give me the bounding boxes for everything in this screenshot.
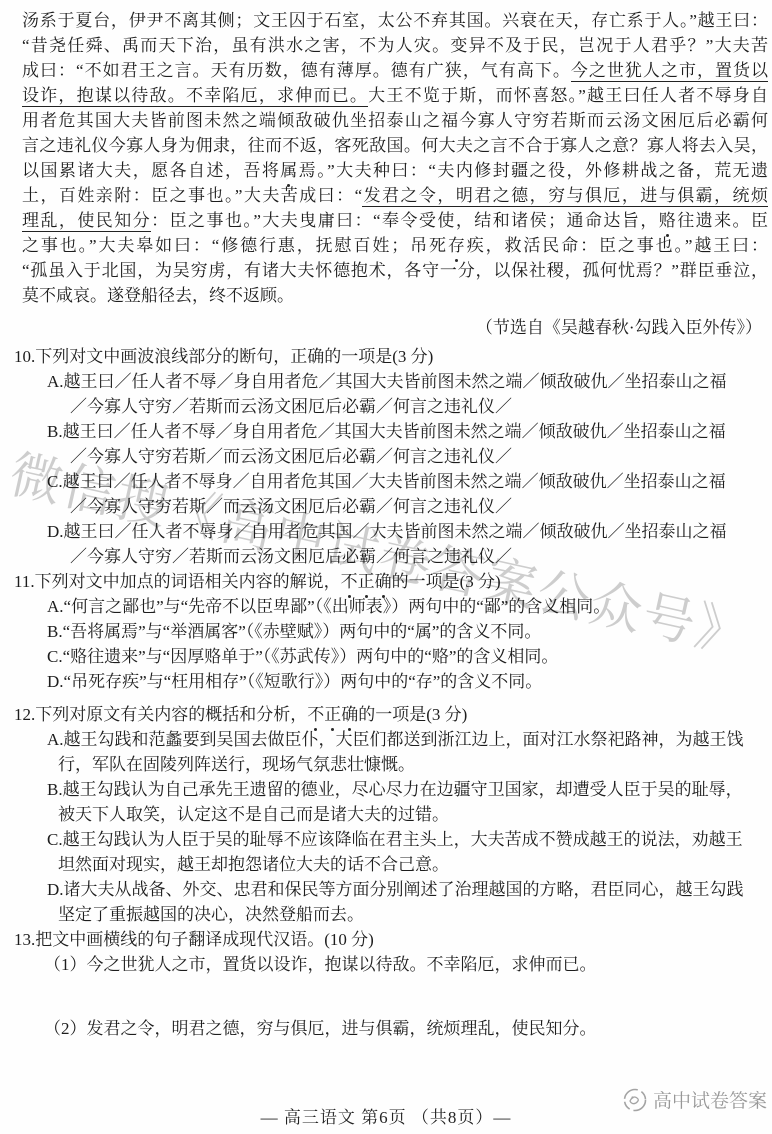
- passage-line: 汤系于夏台，伊尹不离其侧；文王囚于石室，太公不弃其国。兴衰在天，存亡系于人。”越…: [22, 8, 768, 33]
- plain-text: 用者危其国大夫皆前图未然之端倾敌破仇坐招泰山之福今寡人守穷若斯而云汤文困厄后必霸…: [22, 111, 768, 130]
- plain-text: 以国累诸大夫，愿各自述，吾将: [22, 161, 280, 180]
- q10-stem: 10.下列对文中画波浪线部分的断句，正确的一项是(3 分): [14, 344, 766, 369]
- plain-text: 的一项是(3 分): [358, 705, 467, 724]
- option-line: D.“吊死存疾”与“枉用相存”（《短歌行》）两句中的“存”的含义不同。: [47, 669, 766, 694]
- questions-section: 10.下列对文中画波浪线部分的断句，正确的一项是(3 分) A.越王曰／任人者不…: [14, 344, 766, 1041]
- q13-item-2: （2）发君之令，明君之德，穷与俱厄，进与俱霸，统烦理乱，使民知分。: [44, 1016, 766, 1041]
- option-line: A.越王曰／任人者不辱／身自用者危／其国大夫皆前图未然之端／倾敌破仇／坐招泰山之…: [47, 369, 766, 394]
- exam-page: 微信搜《高中试卷答案公众号》 汤系于夏台，伊尹不离其侧；文王囚于石室，太公不弃其…: [0, 0, 772, 1134]
- option: B.越王曰／任人者不辱／身自用者危／其国大夫皆前图未然之端／倾敌破仇／坐招泰山之…: [14, 419, 766, 469]
- dotted-char: 正: [358, 569, 375, 594]
- plain-text: “孤虽入于北国，为吴穷虏，有诸大夫怀德抱术，各守一分，以保社稷，孤何忧焉？”群臣…: [22, 261, 768, 280]
- plain-text: 莫不咸哀。遂登船径去，终不返顾。: [22, 286, 294, 305]
- option: B.越王勾践认为自己承先王遗留的德业，尽心尽力在边疆守卫国家，却遭受人臣于吴的耻…: [14, 777, 766, 827]
- brand-text: 高中试卷答案: [653, 1086, 767, 1113]
- passage-line: “孤虽入于北国，为吴穷虏，有诸大夫怀德抱术，各守一分，以保社稷，孤何忧焉？”群臣…: [22, 258, 768, 283]
- option-line: A.“何言之鄙也”与“先帝不以臣卑鄙”（《出师表》）两句中的“鄙”的含义相同。: [47, 594, 766, 619]
- brand-watermark: 高中试卷答案: [622, 1086, 767, 1113]
- passage-line: 莫不咸哀。遂登船径去，终不返顾。: [22, 283, 768, 308]
- plain-text: 土，百姓亲附：臣之事也。”大夫苦成曰：“: [22, 186, 362, 205]
- option: D.越王曰／任人者不辱身／自用者危其国／大夫皆前图未然之端／倾敌破仇／坐招泰山之…: [14, 519, 766, 569]
- q11-stem: 11.下列对文中加点的词语相关内容的解说，不正确的一项是(3 分): [14, 569, 766, 594]
- q13-item-1: （1）今之世犹人之市，置货以设诈，抱谋以待敌。不幸陷厄，求伸而已。: [44, 952, 766, 977]
- option-line: B.越王曰／任人者不辱／身自用者危／其国大夫皆前图未然之端／倾敌破仇／坐招泰山之…: [47, 419, 766, 444]
- underlined-text: 理乱，使民知分: [22, 211, 151, 232]
- option-line-continued: 坚定了重振越国的决心，决然登船而去。: [58, 902, 766, 927]
- option-line-continued: 被天下人取笑，认定这不是自己而是诸大夫的过错。: [58, 802, 766, 827]
- dotted-char: 赂: [659, 208, 676, 233]
- passage-line: 以国累诸大夫，愿各自述，吾将属焉。”大夫种曰：“夫内修封疆之役，外修耕战之备，荒…: [22, 158, 768, 183]
- underlined-text: 今之世犹人之市，置货以: [571, 61, 768, 82]
- passage-line: 设诈，抱谋以待敌。不幸陷厄，求伸而已。大王不览于斯，而怀喜怒。”越王曰任人者不辱…: [22, 83, 768, 108]
- classical-passage: 汤系于夏台，伊尹不离其侧；文王囚于石室，太公不弃其国。兴衰在天，存亡系于人。”越…: [22, 8, 768, 340]
- option-line-continued: ／今寡人守穷／若斯而云汤文困厄后必霸／何言之违礼仪／: [70, 394, 766, 419]
- plain-text: 汤系于夏台，伊尹不离其侧；文王囚于石室，太公不弃其国。兴衰在天，存亡系于人。”越…: [22, 11, 768, 30]
- plain-text: 成曰：“不如君王之言。天有历数，德有薄厚。德有广狭，气有高下。: [22, 61, 571, 80]
- passage-line: 理乱，使民知分：臣之事也。”大夫曳庸曰：“奉令受使，结和诸侯；通命达旨，赂往遗来…: [22, 208, 768, 233]
- passage-lines: 汤系于夏台，伊尹不离其侧；文王囚于石室，太公不弃其国。兴衰在天，存亡系于人。”越…: [22, 8, 768, 308]
- option-line: B.越王勾践认为自己承先王遗留的德业，尽心尽力在边疆守卫国家，却遭受人臣于吴的耻…: [47, 777, 766, 802]
- option-line: D.越王曰／任人者不辱身／自用者危其国／大夫皆前图未然之端／倾敌破仇／坐招泰山之…: [47, 519, 766, 544]
- passage-line: 用者危其国大夫皆前图未然之端倾敌破仇坐招泰山之福今寡人守穷若斯而云汤文困厄后必霸…: [22, 108, 768, 133]
- dotted-char: 确: [341, 702, 358, 727]
- brand-logo-icon: [622, 1087, 648, 1113]
- q12-stem: 12.下列对原文有关内容的概括和分析，不正确的一项是(3 分): [14, 702, 766, 727]
- plain-text: 大王不览于斯，而怀喜怒。”越王曰任人者不辱身自: [368, 86, 768, 105]
- option-line: B.“吾将属焉”与“举酒属客”（《赤壁赋》）两句中的“属”的含义不同。: [47, 619, 766, 644]
- plain-text: 11.下列对文中加点的词语相关内容的解说，: [14, 572, 341, 591]
- option-line-continued: ／今寡人守穷若斯／而云汤文困厄后必霸／何言之违礼仪／: [70, 494, 766, 519]
- plain-text: 的一项是(3 分): [392, 572, 501, 591]
- dotted-char: 属: [280, 158, 297, 183]
- option: C.越王勾践认为人臣于吴的耻辱不应该降临在君主头上，大夫苦成不赞成越王的说法，劝…: [14, 827, 766, 877]
- dotted-char: 存: [448, 233, 465, 258]
- dotted-char: 不: [341, 569, 358, 594]
- underlined-text: 发君之令，明君之德，穷与俱厄，进与俱霸，统烦: [362, 186, 768, 207]
- underlined-text: 设诈，抱谋以待敌。不幸陷厄，求伸而已。: [22, 86, 368, 107]
- dotted-char: 不: [307, 702, 324, 727]
- plain-text: 10.下列对文中画波浪线部分的断句，正确的一项是(3 分): [14, 347, 433, 366]
- plain-text: 12.下列对原文有关内容的概括和分析，: [14, 705, 307, 724]
- q12-options: A.越王勾践和范蠡要到吴国去做臣仆，大臣们都送到浙江边上，面对江水祭祀路神，为越…: [14, 727, 766, 927]
- passage-line: 之事也。”大夫皋如曰：“修德行惠，抚慰百姓；吊死存疾，救活民命：臣之事也。”越王…: [22, 233, 768, 258]
- option: A.越王勾践和范蠡要到吴国去做臣仆，大臣们都送到浙江边上，面对江水祭祀路神，为越…: [14, 727, 766, 777]
- passage-source: （节选自《吴越春秋·勾践入臣外传》）: [22, 315, 768, 340]
- option-line-continued: ／今寡人守穷／若斯而云汤文困厄后必霸／何言之违礼仪／: [70, 544, 766, 569]
- passage-line: 言之违礼仪今寡人身为佣隶，往而不返，客死敌国。何大夫之言不合于寡人之意？寡人将去…: [22, 133, 768, 158]
- plain-text: 疾，救活民命：臣之事也。”越王曰：: [465, 236, 768, 255]
- passage-line: 土，百姓亲附：臣之事也。”大夫苦成曰：“发君之令，明君之德，穷与俱厄，进与俱霸，…: [22, 183, 768, 208]
- q11-options: A.“何言之鄙也”与“先帝不以臣卑鄙”（《出师表》）两句中的“鄙”的含义相同。B…: [14, 594, 766, 694]
- q13-stem: 13.把文中画横线的句子翻译成现代汉语。(10 分): [14, 927, 766, 952]
- q10-options: A.越王曰／任人者不辱／身自用者危／其国大夫皆前图未然之端／倾敌破仇／坐招泰山之…: [14, 369, 766, 569]
- plain-text: 言之违礼仪今寡人身为佣隶，往而不返，客死敌国。何大夫之言不合于寡人之意？寡人将去…: [22, 136, 768, 155]
- option-line: A.越王勾践和范蠡要到吴国去做臣仆，大臣们都送到浙江边上，面对江水祭祀路神，为越…: [47, 727, 766, 752]
- option: D.诸大夫从战备、外交、忠君和保民等方面分别阐述了治理越国的方略，君臣同心，越王…: [14, 877, 766, 927]
- option-line-continued: ／今寡人守穷若斯／而云汤文困厄后必霸／何言之违礼仪／: [70, 444, 766, 469]
- option: C.越王曰／任人者不辱身／自用者危其国／大夫皆前图未然之端／倾敌破仇／坐招泰山之…: [14, 469, 766, 519]
- option-line: C.“赂往遗来”与“因厚赂单于”（《苏武传》）两句中的“赂”的含义相同。: [47, 644, 766, 669]
- option-line: C.越王曰／任人者不辱身／自用者危其国／大夫皆前图未然之端／倾敌破仇／坐招泰山之…: [47, 469, 766, 494]
- plain-text: ：臣之事也。”大夫曳庸曰：“奉令受使，结和诸侯；通命达旨，: [151, 211, 659, 230]
- plain-text: 往遗来。臣: [676, 211, 768, 230]
- option-line: C.越王勾践认为人臣于吴的耻辱不应该降临在君主头上，大夫苦成不赞成越王的说法，劝…: [47, 827, 766, 852]
- option: A.越王曰／任人者不辱／身自用者危／其国大夫皆前图未然之端／倾敌破仇／坐招泰山之…: [14, 369, 766, 419]
- plain-text: “昔尧任舜、禹而天下治，虽有洪水之害，不为人灾。变异不及于民，岂况于人君乎？”大…: [22, 36, 768, 55]
- plain-text: 焉。”大夫种曰：“夫内修封疆之役，外修耕战之备，荒无遗: [297, 161, 768, 180]
- plain-text: 之事也。”大夫皋如曰：“修德行惠，抚慰百姓；吊死: [22, 236, 448, 255]
- dotted-char: 正: [324, 702, 341, 727]
- passage-line: 成曰：“不如君王之言。天有历数，德有薄厚。德有广狭，气有高下。今之世犹人之市，置…: [22, 58, 768, 83]
- passage-line: “昔尧任舜、禹而天下治，虽有洪水之害，不为人灾。变异不及于民，岂况于人君乎？”大…: [22, 33, 768, 58]
- dotted-char: 确: [375, 569, 392, 594]
- option-line-continued: 行，军队在固陵列阵送行，现场气氛悲壮慷慨。: [58, 752, 766, 777]
- option-line-continued: 坦然面对现实，越王却抱怨诸位大夫的话不合己意。: [58, 852, 766, 877]
- option-line: D.诸大夫从战备、外交、忠君和保民等方面分别阐述了治理越国的方略，君臣同心，越王…: [47, 877, 766, 902]
